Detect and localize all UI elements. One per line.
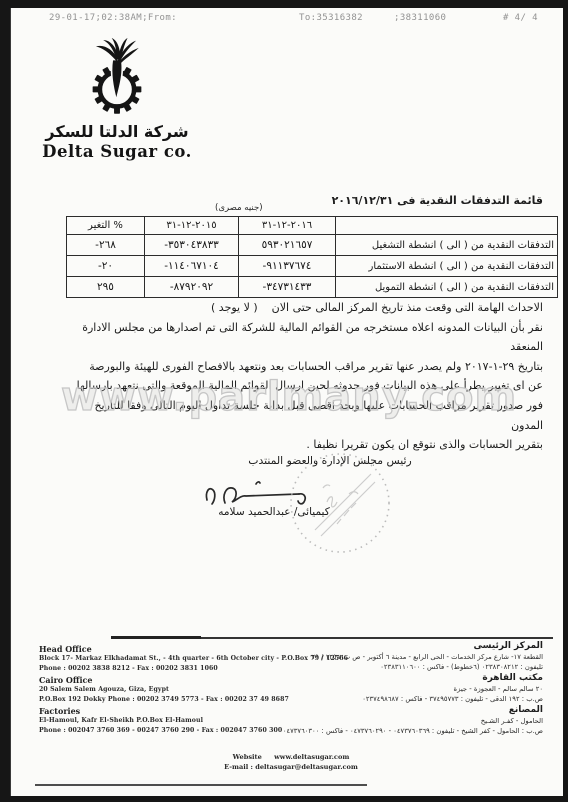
head-office-phone-ar: تليفون : ٠٢٣٨٣٠٨٢١٢ (٦خطوط) - فاكس : ٠٢٣… — [285, 662, 543, 672]
factories-address: El-Hamoul, Kafr El-Sheikh P.O.Box El-Ham… — [39, 716, 311, 726]
note-line: فور صدور تقرير مراقب الحسابات عليها وبحد… — [63, 396, 543, 435]
head-office-address: Block 17- Markaz Elkhadamat St., - 4th q… — [39, 654, 311, 664]
cairo-office-address-ar: ٢٠ سالم سالم - العجوزة - جيزة — [285, 684, 543, 694]
fax-date-from: 29-01-17;02:38AM;From: — [49, 13, 177, 23]
fax-sender-number: ;38311060 — [394, 13, 446, 23]
factories-phone-ar: ص.ب : الحامول - كفر الشيخ - تليفون : ٠٤٧… — [285, 726, 543, 736]
cash-flow-table: التغير % ٢٠١٥-١٢-٣١ ٢٠١٦-١٢-٣١ -٢٦٨ -٣٥٣… — [66, 216, 558, 298]
value-2016: ٥٩٣٠٢١٦٥٧ — [239, 235, 336, 256]
factories-phone: Phone : 002047 3760 369 - 00247 3760 290… — [39, 726, 311, 736]
email-line: E-mail : deltasugar@deltasugar.com — [181, 762, 401, 772]
head-office-phone: Phone : 00202 3838 8212 - Fax : 00202 38… — [39, 664, 311, 674]
table-header-row: التغير % ٢٠١٥-١٢-٣١ ٢٠١٦-١٢-٣١ — [67, 217, 558, 235]
cairo-office-phone-ar: ص.ب : ١٩٢ الدقى - تليفون : ٣٧٤٩٥٧٧٣ - فا… — [285, 694, 543, 704]
website-line: Website www.deltasugar.com — [181, 752, 401, 762]
company-stamp-icon — [287, 444, 393, 562]
cairo-office-heading-ar: مكتب القاهرة — [285, 673, 543, 684]
declaration-paragraph: الاحداث الهامة التى وقعت منذ تاريخ المرك… — [63, 298, 543, 455]
footer-english: Head Office Block 17- Markaz Elkhadamat … — [39, 642, 311, 735]
currency-note: (جنيه مصرى) — [215, 203, 263, 213]
footer-divider-segment — [111, 636, 201, 639]
row-label: التدفقات النقدية من ( الى ) انشطة التموي… — [336, 277, 558, 298]
statement-title: قائمة التدفقات النقدية فى ٢٠١٦/١٢/٣١ — [332, 194, 543, 207]
header-year-2016: ٢٠١٦-١٢-٣١ — [239, 217, 336, 235]
table-row: -٢٠ -١١٤٠٦٧١٠٤ -٩١١٣٧٦٧٤ التدفقات النقدي… — [67, 256, 558, 277]
row-label: التدفقات النقدية من ( الى ) انشطة الاستث… — [336, 256, 558, 277]
header-item-label — [336, 217, 558, 235]
head-office-heading-ar: المركز الرئيسى — [285, 641, 543, 652]
change-value: -٢٦٨ — [67, 235, 145, 256]
change-value: -٢٠ — [67, 256, 145, 277]
sugar-beet-gear-icon — [84, 38, 150, 117]
company-logo: شركة الدلتا للسكر Delta Sugar co. — [39, 38, 195, 161]
note-line: الاحداث الهامة التى وقعت منذ تاريخ المرك… — [63, 298, 543, 318]
value-2016: -٣٤٧٣١٤٣٣ — [239, 277, 336, 298]
value-2015: -٣٥٣٠٤٣٨٣٣ — [145, 235, 239, 256]
row-label: التدفقات النقدية من ( الى ) انشطة التشغي… — [336, 235, 558, 256]
cairo-office-phone: P.O.Box 192 Dokky Phone : 00202 3749 577… — [39, 695, 311, 705]
company-name-arabic: شركة الدلتا للسكر — [39, 122, 195, 142]
head-office-heading: Head Office — [39, 644, 311, 654]
header-change-percent: التغير % — [67, 217, 145, 235]
value-2016: -٩١١٣٧٦٧٤ — [239, 256, 336, 277]
scan-artifact-line — [35, 784, 367, 786]
footer-arabic: المركز الرئيسى القطعة ١٧- شارع مركز الخد… — [285, 640, 543, 736]
note-line: عن اى تغيير يطرأ على هذه البيانات فور حد… — [63, 376, 543, 396]
value-2015: -١١٤٠٦٧١٠٤ — [145, 256, 239, 277]
scanned-fax-page: 29-01-17;02:38AM;From: To:35316382 ;3831… — [10, 8, 563, 796]
factories-heading: Factories — [39, 706, 311, 716]
factories-heading-ar: المصانع — [285, 705, 543, 716]
change-value: ٢٩٥ — [67, 277, 145, 298]
note-line: بتاريخ ⁦٢٩-١-٢٠١٧⁩ ولم يصدر عنها تقرير م… — [63, 357, 543, 377]
footer-web-contact: Website www.deltasugar.com E-mail : delt… — [181, 752, 401, 772]
website-label: Website — [233, 753, 262, 761]
head-office-address-ar: القطعة ١٧- شارع مركز الخدمات - الحى الرا… — [285, 652, 543, 662]
company-name-english: Delta Sugar co. — [39, 142, 195, 161]
note-line: نقر بأن البيانات المدونه اعلاه مستخرجه م… — [63, 318, 543, 357]
website-url: www.deltasugar.com — [274, 753, 349, 761]
fax-page-counter: # 4/ 4 — [503, 13, 538, 23]
cairo-office-address: 20 Salem Salem Agouza, Giza, Egypt — [39, 685, 311, 695]
factories-address-ar: الحامول - كفـر الشـيخ — [285, 716, 543, 726]
table-row: ٢٩٥ -٨٧٩٢٠٩٢ -٣٤٧٣١٤٣٣ التدفقات النقدية … — [67, 277, 558, 298]
fax-to-number: To:35316382 — [299, 13, 363, 23]
table-row: -٢٦٨ -٣٥٣٠٤٣٨٣٣ ٥٩٣٠٢١٦٥٧ التدفقات النقد… — [67, 235, 558, 256]
value-2015: -٨٧٩٢٠٩٢ — [145, 277, 239, 298]
header-year-2015: ٢٠١٥-١٢-٣١ — [145, 217, 239, 235]
cairo-office-heading: Cairo Office — [39, 675, 311, 685]
